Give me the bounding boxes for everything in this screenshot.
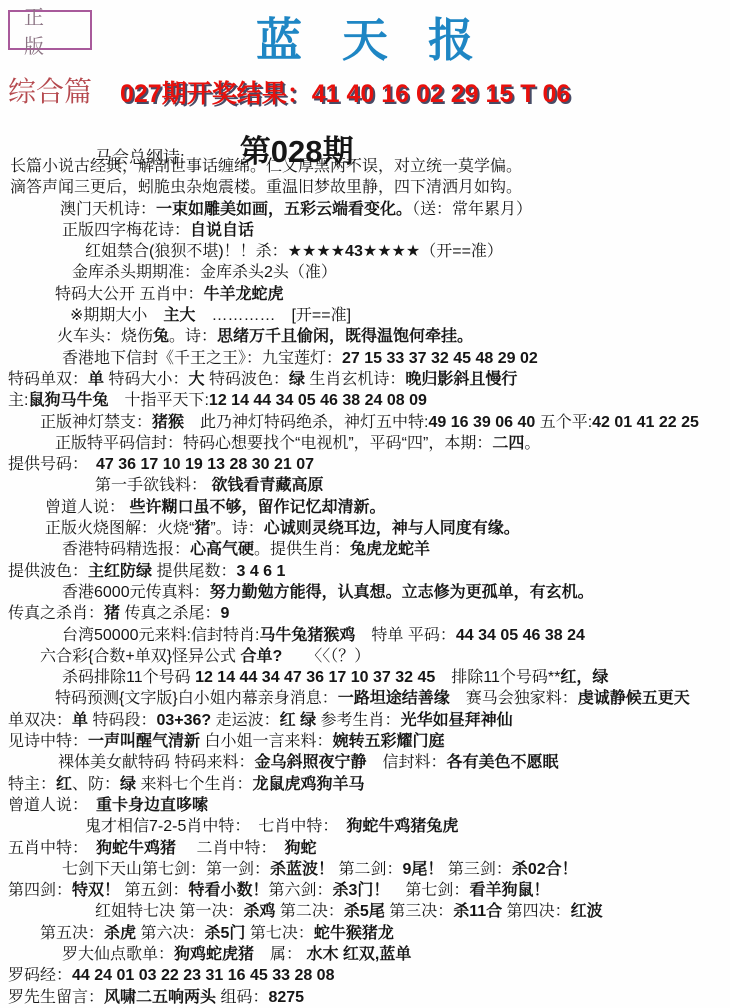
text-segment: 正版特平码信封：特码心想要找个“电视机”，平码“四”，本期：	[55, 435, 492, 452]
text-line: 第四剑：特双！ 第五剑：特看小数！第六剑：杀3门！ 第七剑：看羊狗鼠！	[0, 880, 730, 901]
text-segment: 思绪万千且偷闲，既得温饱何牵挂。	[217, 328, 473, 345]
text-segment: 杀5门	[204, 925, 245, 942]
text-segment: 生肖玄机诗：	[305, 371, 405, 388]
text-segment: 传真之杀尾：	[120, 605, 220, 622]
text-segment: 见诗中特：	[8, 733, 88, 750]
text-segment: 第三剑：	[443, 861, 511, 878]
text-segment: 47 36 17 10 19 13 28 30 21 07	[96, 456, 314, 473]
section-label: 综合篇	[8, 70, 92, 110]
text-segment: 二肖中特：	[176, 840, 284, 857]
text-segment: 心高气硬	[190, 541, 254, 558]
text-segment: （开==准）	[420, 243, 503, 260]
text-segment: 。诗：	[169, 328, 217, 345]
text-segment: 看羊狗鼠！	[469, 882, 549, 899]
text-segment: 红姐特七决 第一决：	[95, 903, 243, 920]
text-segment: 蛇牛猴猪龙	[314, 925, 394, 942]
text-segment: 3 4 6 1	[236, 563, 285, 580]
text-segment: 重卡身边直哆嗦	[96, 797, 208, 814]
text-segment: 白小姐一言来料：	[200, 733, 332, 750]
text-segment: 香港6000元传真料：	[62, 584, 210, 601]
text-line: 六合彩{合数+单双}怪异公式 合单? 〈〈（？）	[0, 646, 730, 667]
text-line: 罗大仙点歌单：狗鸡蛇虎猪 属： 水木 红双,蓝单	[0, 944, 730, 965]
text-segment: 12 14 44 34 05 46 38 24 08 09	[209, 392, 427, 409]
text-segment: 绿	[120, 776, 136, 793]
text-segment: 红	[56, 776, 72, 793]
text-segment: 合单?	[240, 648, 282, 665]
page-title: 蓝天报	[0, 4, 730, 70]
newspaper-page: 正版 蓝天报 综合篇 027期开奖结果：41 40 16 02 29 15 T …	[0, 0, 730, 1008]
text-segment: 鼠狗马牛兔	[28, 392, 108, 409]
text-line: 鬼才相信7-2-5肖中特： 七肖中特： 狗蛇牛鸡猪兔虎	[0, 816, 730, 837]
text-segment: 一路坦途结善缘	[338, 690, 450, 707]
text-segment: 赛马会独家料：	[450, 690, 578, 707]
text-line: 香港6000元传真料：努力勤勉方能得，认真想。立志修为更孤单，有玄机。	[0, 582, 730, 603]
text-segment: 传真之杀肖：	[8, 605, 104, 622]
text-segment: 组码：	[216, 989, 268, 1006]
text-segment: 主大	[163, 307, 195, 324]
text-line: 提供波色：主红防绿 提供尾数：3 4 6 1	[0, 561, 730, 582]
text-segment: 第七剑：	[389, 882, 469, 899]
text-line: 澳门天机诗：一束如雕美如画，五彩云端看变化。（送：常年累月）	[0, 199, 730, 220]
text-segment: 龙鼠虎鸡狗羊马	[253, 776, 365, 793]
text-segment: 杀3门！	[333, 882, 390, 899]
text-segment: 曾道人说：	[45, 499, 129, 516]
text-segment: 一声叫醒气清新	[88, 733, 200, 750]
text-segment: 信封料：	[366, 754, 446, 771]
text-segment: 心诚则灵绕耳边，神与人同度有缘。	[264, 520, 520, 537]
text-segment: 27 15 33 37 32 45 48 29 02	[342, 350, 538, 367]
text-segment: 排除11个号码**	[435, 669, 560, 686]
text-segment: 狗蛇	[284, 840, 316, 857]
text-line: 传真之杀肖：猪 传真之杀尾：9	[0, 603, 730, 624]
text-segment: 长篇小说古经典，解剖世事话缠绵。仁义厚黑两不误，对立统一莫学偏。	[10, 158, 522, 175]
text-segment: （送：常年累月）	[412, 201, 532, 218]
text-segment: 第二剑：	[334, 861, 402, 878]
text-segment: 台湾50000元来料:信封特肖:	[62, 627, 259, 644]
text-segment: 五肖中特：	[8, 840, 96, 857]
text-line: 台湾50000元来料:信封特肖:马牛兔猪猴鸡 特单 平码：44 34 05 46…	[0, 625, 730, 646]
text-segment: 第四剑：	[8, 882, 72, 899]
text-line: 长篇小说古经典，解剖世事话缠绵。仁义厚黑两不误，对立统一莫学偏。	[0, 156, 730, 177]
text-segment: 特码波色：	[205, 371, 289, 388]
text-line: 正版特平码信封：特码心想要找个“电视机”，平码“四”，本期：二四。	[0, 433, 730, 454]
text-segment: 单双决：	[8, 712, 72, 729]
text-segment: 各有美色不愿眠	[446, 754, 558, 771]
text-segment: 特看小数！	[188, 882, 268, 899]
text-segment: 五个平:	[535, 414, 592, 431]
text-segment: 杀虎	[104, 925, 136, 942]
text-segment: 香港地下信封《千王之王》：九宝莲灯：	[62, 350, 342, 367]
text-line: 香港特码精选报：心高气硬。提供生肖：兔虎龙蛇羊	[0, 539, 730, 560]
text-segment: 马牛兔猪猴鸡	[259, 627, 355, 644]
text-segment: 42 01 41 22 25	[592, 414, 699, 431]
text-segment: 绿	[289, 371, 305, 388]
text-segment: 正版四字梅花诗：	[62, 222, 190, 239]
text-segment: 兔虎龙蛇羊	[350, 541, 430, 558]
text-line: ※期期大小 主大 ………… [开==准]	[0, 305, 730, 326]
text-line: 杀码排除11个号码 12 14 44 34 47 36 17 10 37 32 …	[0, 667, 730, 688]
text-segment: 特码大小：	[104, 371, 188, 388]
text-segment: 第三决：	[385, 903, 453, 920]
text-segment: 风啸二五响两头	[104, 989, 216, 1006]
text-segment: 提供尾数：	[152, 563, 236, 580]
text-segment: 主红防绿	[88, 563, 152, 580]
text-segment: 红波	[571, 903, 603, 920]
text-segment: 特单 平码：	[355, 627, 455, 644]
text-line: 红姐禁合(狼狈不堪)！！杀：★★★★43★★★★（开==准）	[0, 241, 730, 262]
text-line: 七剑下天山第七剑：第一剑：杀蓝波！ 第二剑：9尾！ 第三剑：杀02合！	[0, 859, 730, 880]
text-segment: 特码段：	[88, 712, 156, 729]
text-line: 正版火烧图解：火烧“猪”。诗：心诚则灵绕耳边，神与人同度有缘。	[0, 518, 730, 539]
text-segment: 红 绿	[280, 712, 316, 729]
text-segment: 杀5尾	[344, 903, 385, 920]
text-segment: 水木 红双,蓝单	[306, 946, 411, 963]
text-segment: 正版神灯禁支：	[40, 414, 152, 431]
text-segment: 红，绿	[560, 669, 608, 686]
text-line: 裸体美女献特码 特码来料：金乌斜照夜宁静 信封料：各有美色不愿眠	[0, 752, 730, 773]
text-line: 特主：红、防：绿 来料七个生肖：龙鼠虎鸡狗羊马	[0, 774, 730, 795]
text-segment: 走运波：	[211, 712, 279, 729]
text-segment: 第五剑：	[120, 882, 188, 899]
text-segment: 49 16 39 06 40	[428, 414, 535, 431]
text-segment: 罗码经：	[8, 967, 72, 984]
text-segment: 十指平天下:	[108, 392, 208, 409]
text-segment: 牛羊龙蛇虎	[203, 286, 283, 303]
text-segment: 提供波色：	[8, 563, 88, 580]
text-segment: 44 34 05 46 38 24	[456, 627, 585, 644]
text-line: 见诗中特：一声叫醒气清新 白小姐一言来料：婉转五彩耀门庭	[0, 731, 730, 752]
text-segment: 来料七个生肖：	[136, 776, 252, 793]
text-segment: 第四决：	[502, 903, 570, 920]
text-segment: 单	[88, 371, 104, 388]
text-segment: 此乃神灯特码绝杀，神灯五中特:	[184, 414, 428, 431]
text-line: 金库杀头期期准：金库杀头2头（准）	[0, 262, 730, 283]
text-segment: 猪	[104, 605, 120, 622]
text-line: 曾道人说： 些许糊口虽不够，留作记忆却清新。	[0, 497, 730, 518]
text-segment: 特码预测{文字版}白小姐内幕亲身消息：	[55, 690, 338, 707]
text-segment: 兔	[153, 328, 169, 345]
text-line: 第五决：杀虎 第六决：杀5门 第七决：蛇牛猴猪龙	[0, 923, 730, 944]
text-segment: 欲钱看青藏高原	[211, 477, 323, 494]
text-segment: 第七决：	[245, 925, 313, 942]
text-segment: 狗蛇牛鸡猪	[96, 840, 176, 857]
text-line: 火车头：烧伤兔。诗：思绪万千且偷闲，既得温饱何牵挂。	[0, 326, 730, 347]
text-line: 红姐特七决 第一决：杀鸡 第二决：杀5尾 第三决：杀11合 第四决：红波	[0, 901, 730, 922]
text-line: 提供号码： 47 36 17 10 19 13 28 30 21 07	[0, 454, 730, 475]
text-segment: 9	[220, 605, 229, 622]
text-segment: 9尾！	[402, 861, 443, 878]
text-segment: 特码单双：	[8, 371, 88, 388]
text-segment: 杀蓝波！	[270, 861, 334, 878]
text-segment: 猪	[194, 520, 210, 537]
text-segment: 自说自话	[190, 222, 254, 239]
text-segment: 努力勤勉方能得，认真想。立志修为更孤单，有玄机。	[210, 584, 594, 601]
text-segment: 狗蛇牛鸡猪兔虎	[346, 818, 458, 835]
text-segment: 、防：	[72, 776, 120, 793]
text-segment: 虔诚静候五更天	[578, 690, 690, 707]
text-segment: 六合彩{合数+单双}怪异公式	[40, 648, 240, 665]
text-line: 罗先生留言：风啸二五响两头 组码：8275	[0, 987, 730, 1008]
text-segment: 第六剑：	[269, 882, 333, 899]
text-line: 单双决：单 特码段：03+36? 走运波：红 绿 参考生肖：光华如昼拜神仙	[0, 710, 730, 731]
text-segment: 一束如雕美如画，五彩云端看变化。	[156, 201, 412, 218]
text-segment: 金乌斜照夜宁静	[254, 754, 366, 771]
text-segment: 大	[188, 371, 204, 388]
text-segment: 晚归影斜且慢行	[405, 371, 517, 388]
text-segment: 。提供生肖：	[254, 541, 350, 558]
text-segment: ※期期大小	[70, 307, 163, 324]
text-segment: 正版火烧图解：火烧“	[45, 520, 194, 537]
text-segment: 属：	[254, 946, 306, 963]
text-segment: ★★★★43★★★★	[288, 243, 421, 260]
text-segment: 特双！	[72, 882, 120, 899]
text-segment: 第六决：	[136, 925, 204, 942]
text-line: 香港地下信封《千王之王》：九宝莲灯：27 15 33 37 32 45 48 2…	[0, 348, 730, 369]
text-segment: 第二决：	[275, 903, 343, 920]
text-segment: 杀码排除11个号码	[62, 669, 195, 686]
text-segment: 特主：	[8, 776, 56, 793]
text-line: 五肖中特： 狗蛇牛鸡猪 二肖中特： 狗蛇	[0, 838, 730, 859]
text-segment: 罗大仙点歌单：	[62, 946, 174, 963]
text-segment: 〈〈（？）	[282, 648, 370, 665]
text-line: 正版四字梅花诗：自说自话	[0, 220, 730, 241]
text-segment: 提供号码：	[8, 456, 96, 473]
text-line: 特码大公开 五肖中：牛羊龙蛇虎	[0, 284, 730, 305]
text-segment: 第一手欲钱料：	[95, 477, 211, 494]
text-segment: ………… [开==准]	[195, 307, 351, 324]
text-line: 特码预测{文字版}白小姐内幕亲身消息：一路坦途结善缘 赛马会独家料：虔诚静候五更…	[0, 688, 730, 709]
text-line: 主:鼠狗马牛兔 十指平天下:12 14 44 34 05 46 38 24 08…	[0, 390, 730, 411]
text-segment: 主:	[8, 392, 28, 409]
text-segment: 8275	[268, 989, 304, 1006]
text-segment: 杀11合	[453, 903, 502, 920]
text-segment: 参考生肖：	[316, 712, 400, 729]
text-segment: 12 14 44 34 47 36 17 10 37 32 45	[195, 669, 435, 686]
text-segment: 罗先生留言：	[8, 989, 104, 1006]
text-segment: 曾道人说：	[8, 797, 96, 814]
text-segment: 金库杀头期期准：金库杀头2头（准）	[72, 264, 337, 281]
text-segment: 香港特码精选报：	[62, 541, 190, 558]
text-segment: 火车头：烧伤	[57, 328, 153, 345]
text-segment: 第五决：	[40, 925, 104, 942]
text-segment: 。	[524, 435, 540, 452]
text-segment: 澳门天机诗：	[60, 201, 156, 218]
text-segment: 婉转五彩耀门庭	[332, 733, 444, 750]
text-line: 特码单双：单 特码大小：大 特码波色：绿 生肖玄机诗：晚归影斜且慢行	[0, 369, 730, 390]
text-line: 曾道人说： 重卡身边直哆嗦	[0, 795, 730, 816]
text-segment: 二四	[492, 435, 524, 452]
text-segment: 猪猴	[152, 414, 184, 431]
text-segment: 44 24 01 03 22 23 31 16 45 33 28 08	[72, 967, 334, 984]
text-segment: 特码大公开 五肖中：	[55, 286, 203, 303]
text-segment: 红姐禁合(狼狈不堪)！！杀：	[85, 243, 288, 260]
text-segment: 杀02合！	[512, 861, 578, 878]
text-line: 滴答声闻三更后，蚓脆虫杂炮震楼。重温旧梦故里静，四下清洒月如钩。	[0, 177, 730, 198]
text-segment: ”。诗：	[210, 520, 263, 537]
text-line: 罗码经：44 24 01 03 22 23 31 16 45 33 28 08	[0, 965, 730, 986]
text-segment: 些许糊口虽不够，留作记忆却清新。	[129, 499, 385, 516]
text-segment: 单	[72, 712, 88, 729]
result-banner: 027期开奖结果：41 40 16 02 29 15 T 06	[120, 74, 570, 110]
text-line: 第一手欲钱料： 欲钱看青藏高原	[0, 475, 730, 496]
text-segment: 鬼才相信7-2-5肖中特： 七肖中特：	[85, 818, 346, 835]
text-segment: 七剑下天山第七剑：第一剑：	[62, 861, 270, 878]
text-line: 正版神灯禁支：猪猴 此乃神灯特码绝杀，神灯五中特:49 16 39 06 40 …	[0, 412, 730, 433]
text-segment: 狗鸡蛇虎猪	[174, 946, 254, 963]
body-lines: 长篇小说古经典，解剖世事话缠绵。仁义厚黑两不误，对立统一莫学偏。滴答声闻三更后，…	[0, 156, 730, 1008]
text-segment: 光华如昼拜神仙	[401, 712, 513, 729]
text-segment: 裸体美女献特码 特码来料：	[58, 754, 254, 771]
text-segment: 杀鸡	[243, 903, 275, 920]
text-segment: 滴答声闻三更后，蚓脆虫杂炮震楼。重温旧梦故里静，四下清洒月如钩。	[10, 179, 522, 196]
text-segment: 03+36?	[156, 712, 211, 729]
